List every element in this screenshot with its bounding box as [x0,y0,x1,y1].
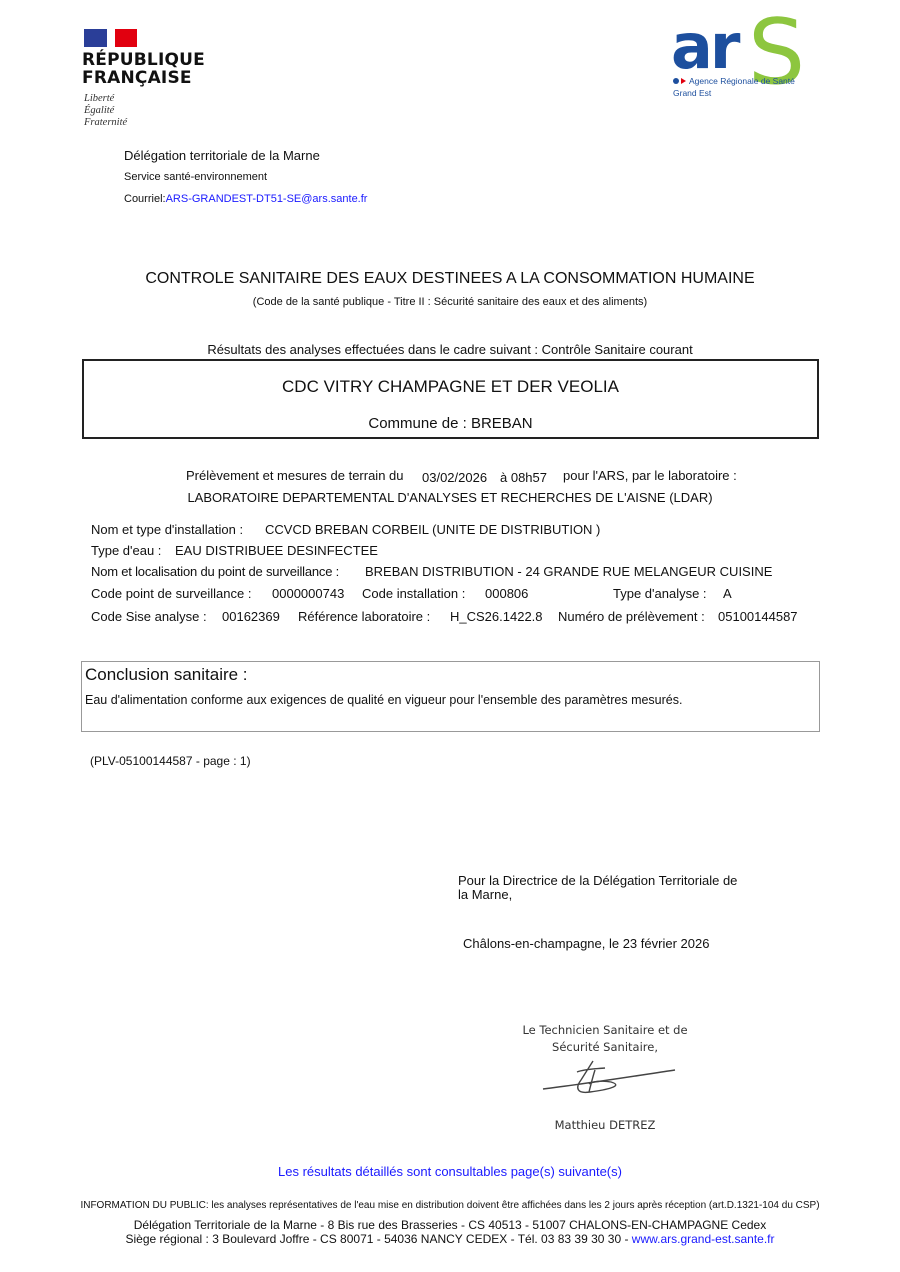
conclusion-heading: Conclusion sanitaire : [85,665,248,685]
signatory-role-line-1: Le Technicien Sanitaire et de [490,1022,720,1039]
ars-region: Grand Est [673,88,711,98]
point-code-label: Code point de surveillance : [91,586,251,601]
sample-no-value: 05100144587 [718,609,798,624]
motto-liberte: Liberté [84,93,114,104]
email-line: Courriel:ARS-GRANDEST-DT51-SE@ars.sante.… [124,193,367,205]
installation-code-value: 000806 [485,586,528,601]
programme-name: CDC VITRY CHAMPAGNE ET DER VEOLIA [84,377,817,397]
signatory-for-line-1: Pour la Directrice de la Délégation Terr… [458,873,748,888]
commune-value: BREBAN [471,415,533,432]
ars-agency-line: Agence Régionale de Santé [673,76,795,86]
signatory-role: Le Technicien Sanitaire et de Sécurité S… [490,1022,720,1056]
conclusion-box: Conclusion sanitaire : Eau d'alimentatio… [81,661,820,732]
water-type-value: EAU DISTRIBUEE DESINFECTEE [175,543,378,558]
sise-label: Code Sise analyse : [91,609,207,624]
water-type-label: Type d'eau : [91,543,161,558]
email-link[interactable]: ARS-GRANDEST-DT51-SE@ars.sante.fr [166,193,368,205]
detailed-results-link[interactable]: Les résultats détaillés sont consultable… [0,1164,900,1179]
ars-logo: S ar Agence Régionale de Santé Grand Est [668,30,818,112]
logo-line-2: FRANÇAISE [82,69,192,87]
flag-white-icon [107,29,115,47]
installation-label: Nom et type d'installation : [91,522,243,537]
place-date: Châlons-en-champagne, le 23 février 2026 [463,936,709,951]
logo-line-1: RÉPUBLIQUE [82,51,205,69]
analysis-type-value: A [723,586,732,601]
document-title: CONTROLE SANITAIRE DES EAUX DESTINEES A … [0,270,900,288]
motto-egalite: Égalité [84,105,114,116]
sampling-date: 03/02/2026 [422,470,487,485]
service-name: Service santé-environnement [124,171,267,183]
signatory-name: Matthieu DETREZ [490,1118,720,1132]
sise-value: 00162369 [222,609,280,624]
lab-ref-value: H_CS26.1422.8 [450,609,543,624]
installation-value: CCVCD BREBAN CORBEIL (UNITE DE DISTRIBUT… [265,522,600,537]
ars-logo-ar: ar [671,10,737,83]
sampling-intro: Prélèvement et mesures de terrain du [186,468,404,483]
document-subtitle: (Code de la santé publique - Titre II : … [0,296,900,308]
conclusion-text: Eau d'alimentation conforme aux exigence… [85,693,682,707]
signature-icon [535,1058,685,1098]
public-information: INFORMATION DU PUBLIC: les analyses repr… [0,1200,900,1211]
commune-line: Commune de : BREBAN [84,415,817,432]
flag-red-icon [115,29,137,47]
republique-francaise-logo: RÉPUBLIQUE FRANÇAISE Liberté Égalité Fra… [82,26,217,131]
website-link[interactable]: www.ars.grand-est.sante.fr [632,1232,775,1246]
address-line-2: Siège régional : 3 Boulevard Joffre - CS… [0,1232,900,1246]
red-arrow-icon [681,78,686,84]
address-line-1: Délégation Territoriale de la Marne - 8 … [0,1218,900,1232]
ars-logo-s: S [748,0,805,105]
programme-box: CDC VITRY CHAMPAGNE ET DER VEOLIA Commun… [82,359,819,439]
analysis-type-label: Type d'analyse : [613,586,707,601]
sampling-for-text: pour l'ARS, par le laboratoire : [563,468,737,483]
page-reference: (PLV-05100144587 - page : 1) [90,754,251,768]
point-label: Nom et localisation du point de surveill… [91,564,339,579]
lab-ref-label: Référence laboratoire : [298,609,430,624]
point-code-value: 0000000743 [272,586,344,601]
installation-code-label: Code installation : [362,586,465,601]
signatory-for-line-2: la Marne, [458,887,512,902]
email-label: Courriel: [124,193,166,205]
motto-fraternite: Fraternité [84,117,127,128]
commune-label: Commune de : [368,415,466,432]
flag-blue-icon [84,29,107,47]
address-line-2-text: Siège régional : 3 Boulevard Joffre - CS… [125,1232,631,1246]
sampling-time: à 08h57 [500,470,547,485]
point-value: BREBAN DISTRIBUTION - 24 GRANDE RUE MELA… [365,564,772,579]
signatory-role-line-2: Sécurité Sanitaire, [490,1039,720,1056]
analysis-context: Résultats des analyses effectuées dans l… [0,342,900,357]
sample-no-label: Numéro de prélèvement : [558,609,705,624]
blue-dot-icon [673,78,679,84]
delegation-name: Délégation territoriale de la Marne [124,148,320,163]
ars-agency-name: Agence Régionale de Santé [689,76,795,86]
laboratory-name: LABORATOIRE DEPARTEMENTAL D'ANALYSES ET … [0,490,900,505]
